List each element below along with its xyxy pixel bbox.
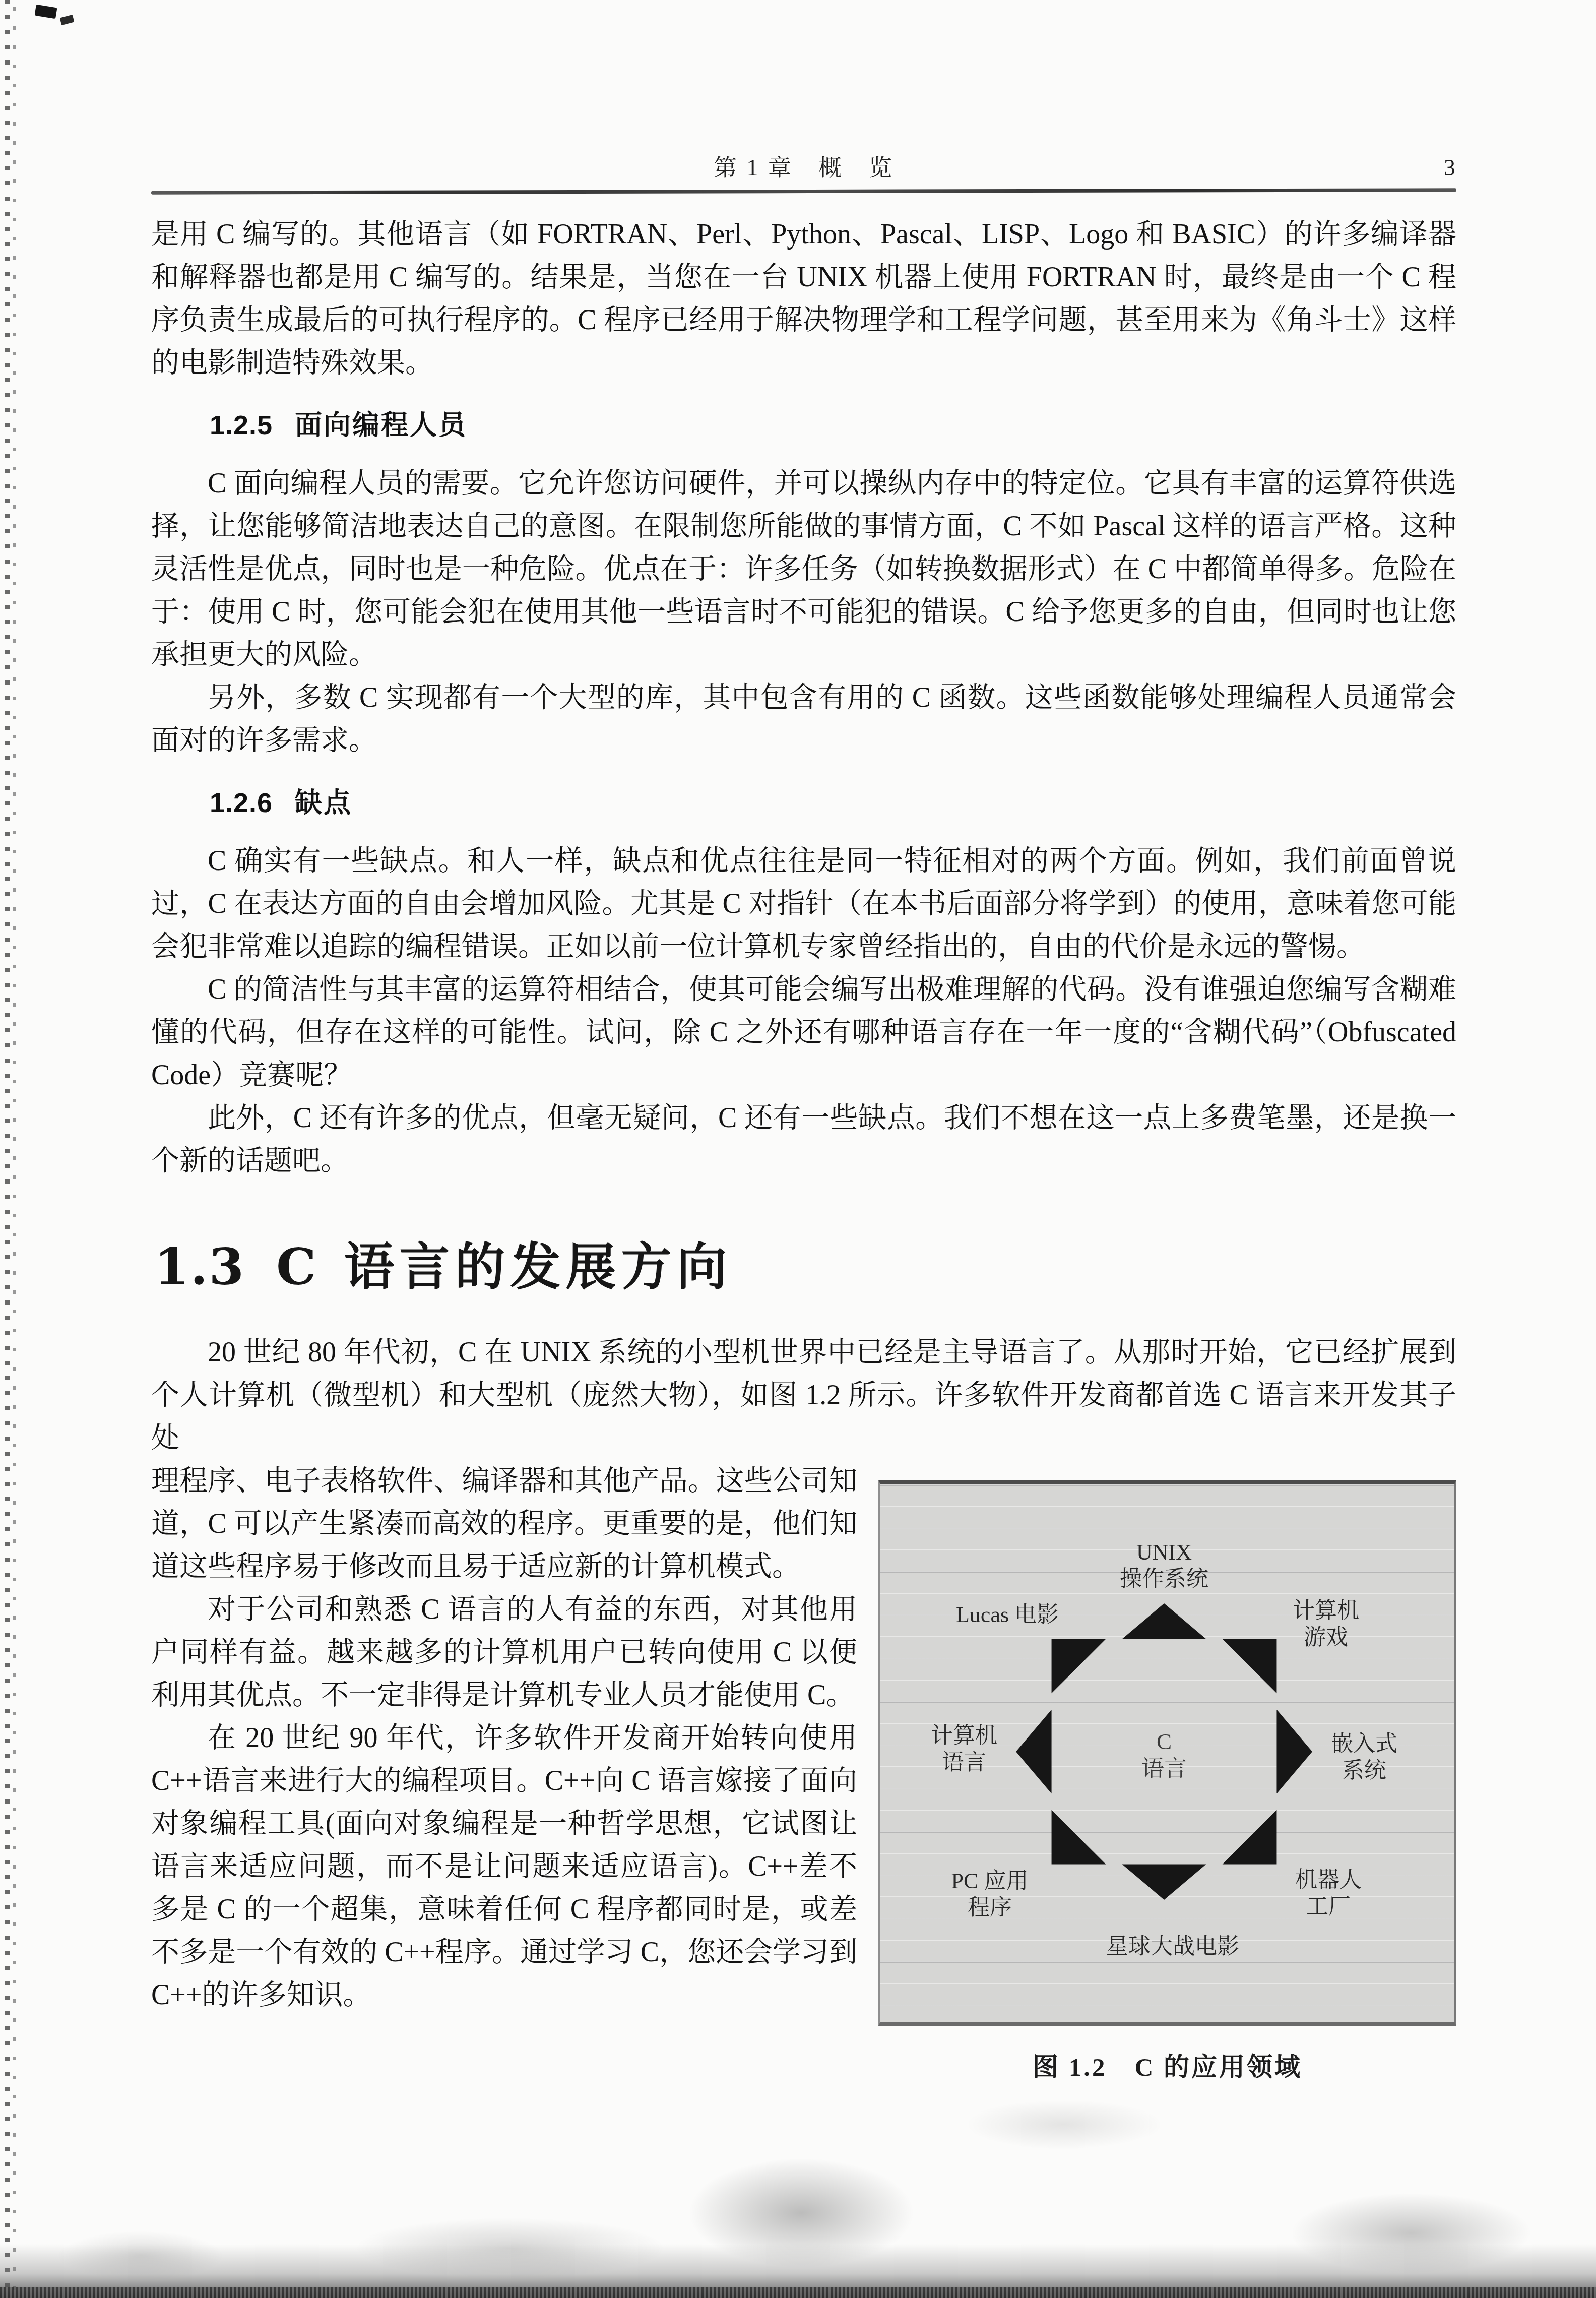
section-heading-1-2-5: 1.2.5面向编程人员 [210,409,1456,442]
scan-noise-blob [302,2208,716,2288]
section-1-3-body: 20 世纪 80 年代初，C 在 UNIX 系统的小型机世界中已经是主导语言了。… [151,1331,1456,2083]
figure-1-2: UNIX 操作系统 Lucas 电影 计算机 游戏 计算机 语言 嵌入式 系统 [878,1480,1456,2083]
scan-noise-blob [1245,2178,1577,2288]
corner-triangle-northeast [1223,1639,1277,1694]
running-head: 第 1 章 概 览 3 [151,151,1456,184]
section-title: 缺点 [295,788,352,818]
section-title: C 语言的发展方向 [276,1237,732,1296]
chapter-running-title: 第 1 章 概 览 [714,151,894,184]
scan-binding-artifact-left [5,0,10,2298]
scan-bottom-edge [0,2287,1596,2298]
scan-noise-blob [932,2092,1194,2157]
corner-triangle-southwest [1052,1810,1106,1865]
figure-label-star-wars-film: 星球大战电影 [1106,1933,1239,1960]
figure-center-label-language: 语言 [1141,1756,1187,1781]
figure-label-line: 嵌入式 [1331,1730,1397,1757]
section-number: 1.3 [154,1237,245,1296]
paragraph: C 面向编程人员的需要。它允许您访问硬件，并可以操纵内存中的特定位。它具有丰富的… [151,462,1456,676]
paragraph: C 的简洁性与其丰富的运算符相结合，使其可能会编写出极难理解的代码。没有谁强迫您… [151,968,1456,1097]
scan-corner-mark-2 [60,15,75,25]
paragraph: C 确实有一些缺点。和人一样，缺点和优点往往是同一特征相对的两个方面。例如，我们… [151,840,1456,968]
figure-label-unix-os: UNIX 操作系统 [1120,1539,1208,1592]
scan-binding-artifact-left-2 [13,0,16,2298]
scan-bottom-shadow [0,2244,1596,2298]
scan-corner-mark [35,5,57,19]
header-rule [151,188,1456,194]
arrow-triangle-south [1122,1864,1206,1900]
figure-label-embedded-systems: 嵌入式 系统 [1331,1730,1397,1784]
figure-caption: 图 1.2 C 的应用领域 [878,2046,1456,2083]
arrow-triangle-east [1276,1710,1312,1794]
paragraph: 20 世纪 80 年代初，C 在 UNIX 系统的小型机世界中已经是主导语言了。… [151,1331,1456,1460]
figure-label-line: 系统 [1331,1757,1397,1784]
scanned-book-page: { "colors": { "figure_background": "#d6d… [0,0,1596,2298]
figure-center-label-c: C [1157,1729,1172,1754]
corner-triangle-northwest [1052,1639,1106,1694]
section-heading-1-2-6: 1.2.6缺点 [210,786,1456,820]
application-star-diagram: C 语言 [1016,1600,1312,1903]
figure-label-computer-languages: 计算机 语言 [931,1722,997,1776]
section-number: 1.2.5 [210,410,273,441]
paragraph: 此外，C 还有许多的优点，但毫无疑问，C 还有一些缺点。我们不想在这一点上多费笔… [151,1097,1456,1183]
corner-triangle-southeast [1223,1810,1277,1865]
figure-label-line: 计算机 [931,1722,997,1749]
figure-image-area: UNIX 操作系统 Lucas 电影 计算机 游戏 计算机 语言 嵌入式 系统 [878,1480,1456,2026]
scan-noise-blob [30,2223,252,2288]
paragraph-continued: 是用 C 编写的。其他语言（如 FORTRAN、Perl、Python、Pasc… [151,213,1456,385]
figure-label-line: 语言 [931,1749,997,1776]
figure-label-line: 操作系统 [1120,1566,1208,1592]
section-heading-1-3: 1.3C 语言的发展方向 [154,1233,1456,1301]
scan-noise-blob [645,2137,957,2288]
arrow-triangle-west [1016,1710,1052,1794]
section-title: 面向编程人员 [295,410,467,441]
section-number: 1.2.6 [210,788,273,818]
page-number: 3 [1444,151,1455,184]
figure-label-line: UNIX [1120,1539,1208,1566]
arrow-triangle-north [1122,1603,1206,1639]
page: 第 1 章 概 览 3 是用 C 编写的。其他语言（如 FORTRAN、Perl… [0,0,1596,2298]
page-content: 第 1 章 概 览 3 是用 C 编写的。其他语言（如 FORTRAN、Perl… [151,0,1456,2083]
paragraph: 另外，多数 C 实现都有一个大型的库，其中包含有用的 C 函数。这些函数能够处理… [151,676,1456,762]
